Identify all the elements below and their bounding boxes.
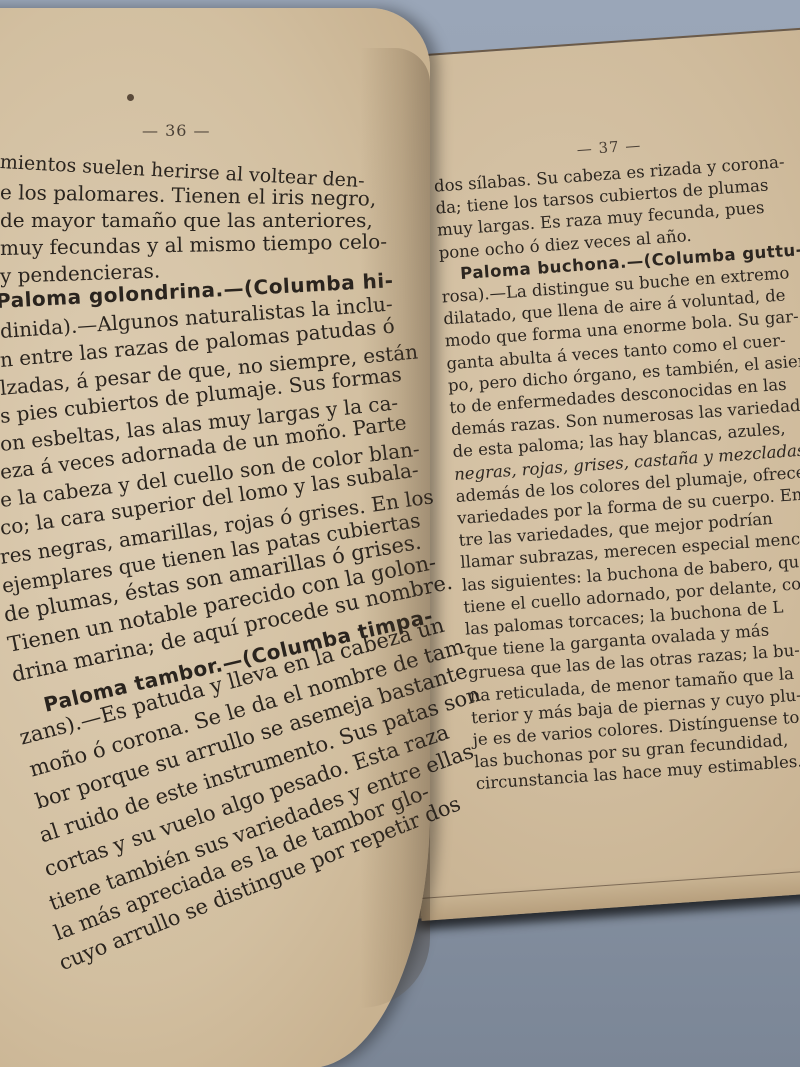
right-page-text: dos sílabas. Su cabeza es rizada y coron… bbox=[433, 146, 800, 796]
page-number-left: — 36 — bbox=[142, 121, 211, 140]
text-line: muy fecundas y al mismo tiempo celo- bbox=[0, 229, 387, 260]
left-page: — 36 — mientos suelen herirse al voltear… bbox=[0, 8, 430, 1067]
ink-spot bbox=[127, 94, 134, 101]
page-number-right: — 37 — bbox=[576, 136, 642, 158]
text-line: de mayor tamaño que las anteriores, bbox=[0, 208, 373, 232]
book-photo: — 37 — dos sílabas. Su cabeza es rizada … bbox=[0, 0, 800, 1067]
